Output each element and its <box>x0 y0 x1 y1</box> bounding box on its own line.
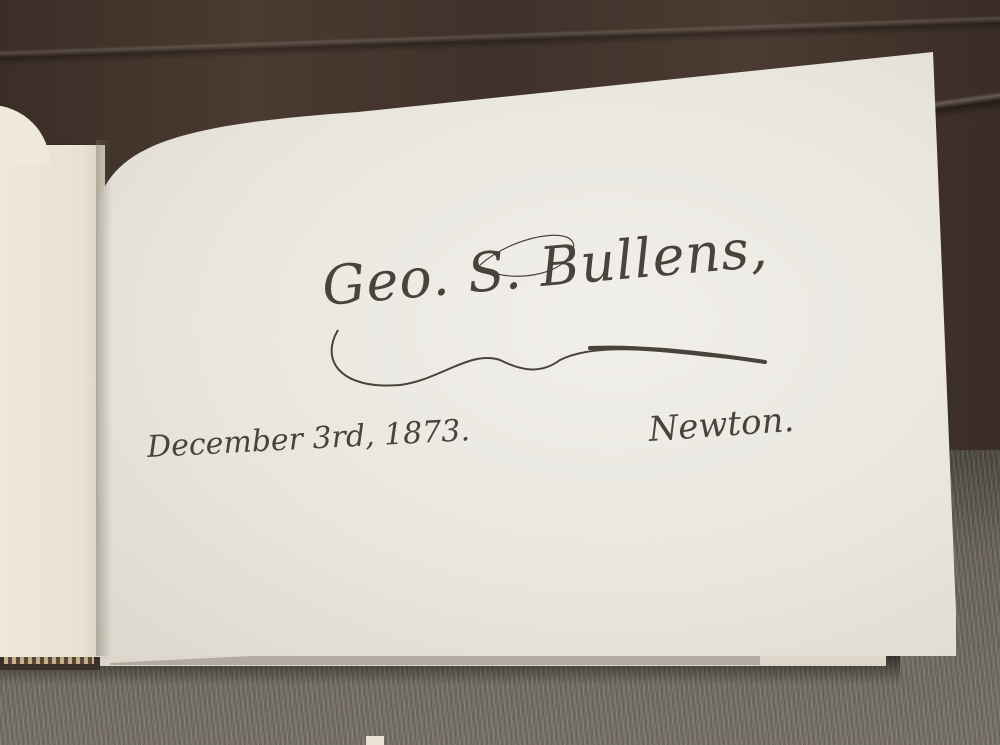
right-page <box>98 52 956 656</box>
left-page <box>0 145 105 657</box>
cover-decoration <box>4 656 94 664</box>
photo-scene: Geo. S. Bullens, December 3rd, 1873. New… <box>0 0 1000 745</box>
paper-scrap <box>366 736 384 745</box>
book-gutter <box>96 140 112 656</box>
